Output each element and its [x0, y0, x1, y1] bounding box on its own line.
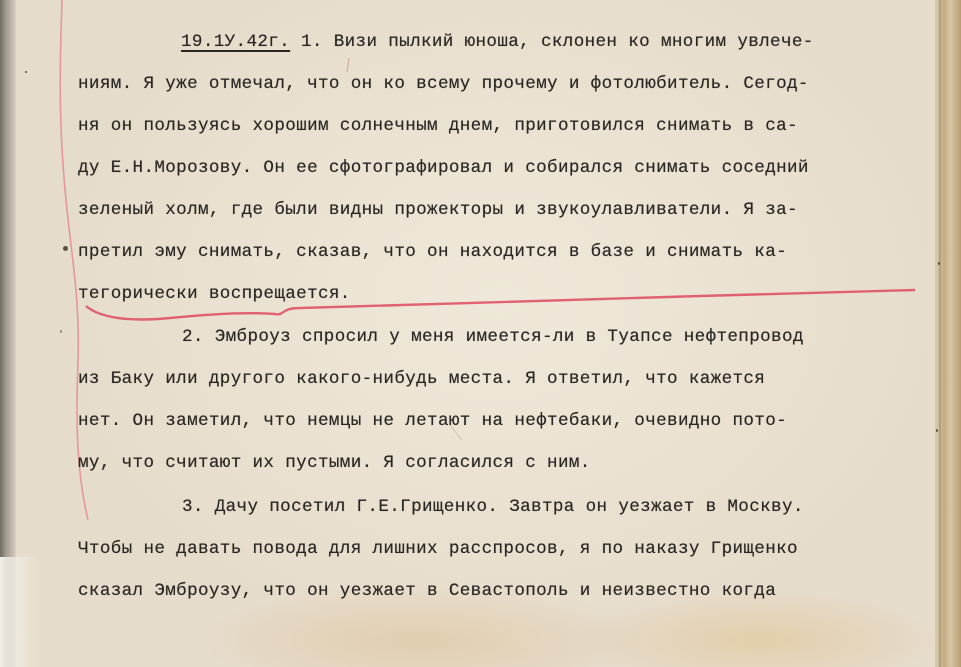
paragraph-2-line-3: нет. Он заметил, что немцы не летают на …: [78, 411, 787, 431]
paragraph-3-line-2: Чтобы не давать повода для лишних расспр…: [78, 539, 798, 559]
paragraph-1-line-3: ня он пользуясь хорошим солнечным днем, …: [78, 116, 798, 136]
paragraph-2-line-2: из Баку или другого какого-нибудь места.…: [78, 369, 765, 389]
paragraph-2-line-1: 2. Эмброуз спросил у меня имеется-ли в Т…: [182, 327, 804, 347]
paragraph-1-line-4: ду Е.Н.Морозову. Он ее сфотографировал и…: [78, 158, 809, 178]
paragraph-3-line-3: сказал Эмброузу, что он уезжает в Севаст…: [78, 581, 776, 601]
paragraph-1-line-7: тегорически воспрещается.: [78, 284, 351, 304]
entry-date: 19.1У.42г.: [181, 32, 290, 52]
paragraph-1-line-5: зеленый холм, где были видны прожекторы …: [78, 200, 798, 220]
scanned-document-page: 19.1У.42г. 1. Визи пылкий юноша, склонен…: [0, 0, 961, 667]
paragraph-3-line-1: 3. Дачу посетил Г.Е.Грищенко. Завтра он …: [182, 497, 804, 517]
paragraph-2-line-4: му, что считают их пустыми. Я согласился…: [78, 453, 591, 473]
line-text: 1. Визи пылкий юноша, склонен ко многим …: [290, 32, 814, 52]
paragraph-1-line-2: ниям. Я уже отмечал, что он ко всему про…: [78, 74, 809, 94]
typewritten-text: 19.1У.42г. 1. Визи пылкий юноша, склонен…: [0, 0, 961, 667]
paragraph-1-line-6: претил эму снимать, сказав, что он наход…: [78, 242, 787, 262]
paragraph-1-line-1: 19.1У.42г. 1. Визи пылкий юноша, склонен…: [181, 32, 814, 52]
